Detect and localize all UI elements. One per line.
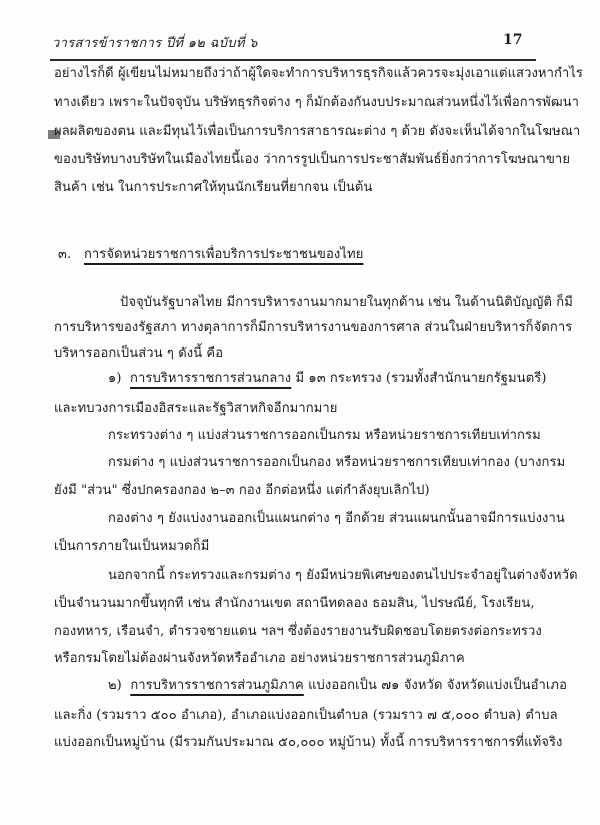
item-1-heading-rest: มี ๑๓ กระทรวง (รวมทั้งสำนักนายกรัฐมนตรี)	[295, 371, 546, 386]
paragraph-line: และทบวงการเมืองอิสระและรัฐวิสาหกิจอีกมาก…	[54, 400, 338, 418]
item-1-title: การบริหารราชการส่วนกลาง	[130, 371, 291, 386]
item-2-heading-rest: แบ่งออกเป็น ๗๑ จังหวัด จังหวัดแบ่งเป็นอำ…	[308, 678, 567, 693]
header-rule	[50, 59, 536, 61]
paragraph-line: กองทหาร, เรือนจำ, ตำรวจชายแดน ฯลฯ ซึ่งต้…	[54, 623, 542, 641]
paragraph-line: เป็นการภายในเป็นหมวดก็มี	[54, 538, 209, 556]
paragraph-line: กรมต่าง ๆ แบ่งส่วนราชการออกเป็นกอง หรือห…	[108, 454, 565, 472]
paragraph-line: นอกจากนี้ กระทรวงและกรมต่าง ๆ ยังมีหน่วย…	[108, 567, 578, 585]
section-3-number: ๓.	[58, 247, 71, 262]
item-2-number: ๒)	[108, 678, 122, 693]
section-3-heading: ๓. การจัดหน่วยราชการเพื่อบริการประชาชนขอ…	[58, 246, 363, 264]
paragraph-line: หรือกรมโดยไม่ต้องผ่านจังหวัดหรืออำเภอ อย…	[54, 650, 465, 668]
paragraph-line: ของบริษัทบางบริษัทในเมืองไทยนี้เอง ว่ากา…	[54, 151, 570, 169]
paragraph-line: ปัจจุบันรัฐบาลไทย มีการบริหารงานมากมายใน…	[120, 294, 573, 312]
paragraph-line: กระทรวงต่าง ๆ แบ่งส่วนราชการออกเป็นกรม ห…	[108, 427, 541, 445]
journal-header-title: วารสารข้าราชการ ปีที่ ๑๒ ฉบับที่ ๖	[52, 32, 258, 53]
paragraph-line: และกิ่ง (รวมราว ๕๐๐ อำเภอ), อำเภอแบ่งออก…	[54, 707, 558, 725]
paragraph-line: อย่างไรก็ดี ผู้เขียนไม่หมายถึงว่าถ้าผู้ใ…	[54, 65, 583, 83]
paragraph-line: สินค้า เช่น ในการประกาศให้ทุนนักเรียนที่…	[54, 179, 372, 197]
paragraph-line: การบริหารของรัฐสภา ทางตุลาการก็มีการบริห…	[54, 319, 572, 337]
item-2-heading: ๒) การบริหารราชการส่วนภูมิภาค แบ่งออกเป็…	[108, 677, 567, 695]
item-1-number: ๑)	[108, 371, 122, 386]
paragraph-line: ผลผลิตของตน และมีทุนไว้เพื่อเป็นการบริกา…	[54, 123, 580, 141]
paragraph-line: แบ่งออกเป็นหมู่บ้าน (มีรวมกันประมาณ ๕๐,๐…	[54, 734, 563, 752]
paragraph-line: กองต่าง ๆ ยังแบ่งงานออกเป็นแผนกต่าง ๆ อี…	[108, 510, 565, 528]
document-page: วารสารข้าราชการ ปีที่ ๑๒ ฉบับที่ ๖ 17 อย…	[0, 0, 600, 825]
page-number: 17	[503, 32, 522, 48]
section-3-title: การจัดหน่วยราชการเพื่อบริการประชาชนของไท…	[84, 247, 363, 262]
paragraph-line: เป็นจำนวนมากขึ้นทุกที เช่น สำนักงานเขต ส…	[54, 595, 535, 613]
item-2-title: การบริหารราชการส่วนภูมิภาค	[130, 678, 304, 693]
item-1-heading: ๑) การบริหารราชการส่วนกลาง มี ๑๓ กระทรวง…	[108, 370, 547, 388]
paragraph-line: บริหารออกเป็นส่วน ๆ ดังนี้ คือ	[54, 345, 223, 363]
paragraph-line: ทางเดียว เพราะในปัจจุบัน บริษัทธุรกิจต่า…	[54, 94, 579, 112]
paragraph-line: ยังมี "ส่วน" ซึ่งปกครองกอง ๒–๓ กอง อีกต่…	[54, 482, 430, 500]
